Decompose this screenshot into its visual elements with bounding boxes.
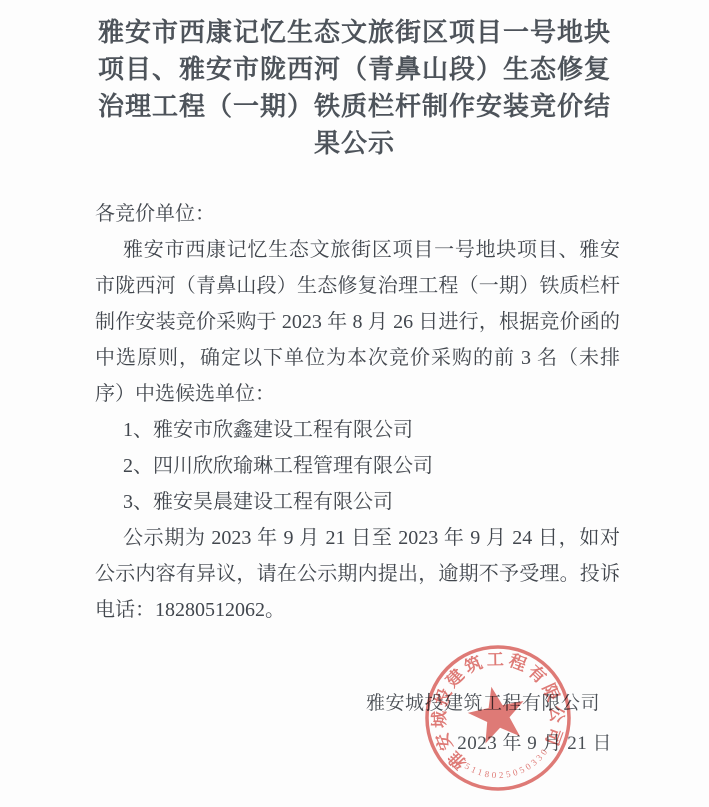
title-line-3: 治理工程（一期）铁质栏杆制作安装竞价结 xyxy=(92,88,617,125)
winner-item-2: 2、四川欣欣瑜琳工程管理有限公司 xyxy=(95,448,620,484)
salutation: 各竞价单位： xyxy=(95,196,620,232)
title-line-1: 雅安市西康记忆生态文旅街区项目一号地块 xyxy=(92,14,617,51)
document-body: 各竞价单位： 雅安市西康记忆生态文旅街区项目一号地块项目、雅安市陇西河（青鼻山段… xyxy=(95,196,620,628)
document-title: 雅安市西康记忆生态文旅街区项目一号地块 项目、雅安市陇西河（青鼻山段）生态修复 … xyxy=(92,14,617,162)
paragraph-intro: 雅安市西康记忆生态文旅街区项目一号地块项目、雅安市陇西河（青鼻山段）生态修复治理… xyxy=(95,232,620,412)
signature-company: 雅安城投建筑工程有限公司 xyxy=(260,684,612,724)
winner-item-1: 1、雅安市欣鑫建设工程有限公司 xyxy=(95,412,620,448)
document-page: 雅安市西康记忆生态文旅街区项目一号地块 项目、雅安市陇西河（青鼻山段）生态修复 … xyxy=(0,0,709,807)
winner-item-3: 3、雅安昊晨建设工程有限公司 xyxy=(95,484,620,520)
paragraph-publicity: 公示期为 2023 年 9 月 21 日至 2023 年 9 月 24 日，如对… xyxy=(95,520,620,628)
title-line-4: 果公示 xyxy=(92,125,617,162)
title-line-2: 项目、雅安市陇西河（青鼻山段）生态修复 xyxy=(92,51,617,88)
signature-block: 雅安城投建筑工程有限公司 2023 年 9 月 21 日 xyxy=(260,684,612,764)
signature-date: 2023 年 9 月 21 日 xyxy=(260,724,612,764)
